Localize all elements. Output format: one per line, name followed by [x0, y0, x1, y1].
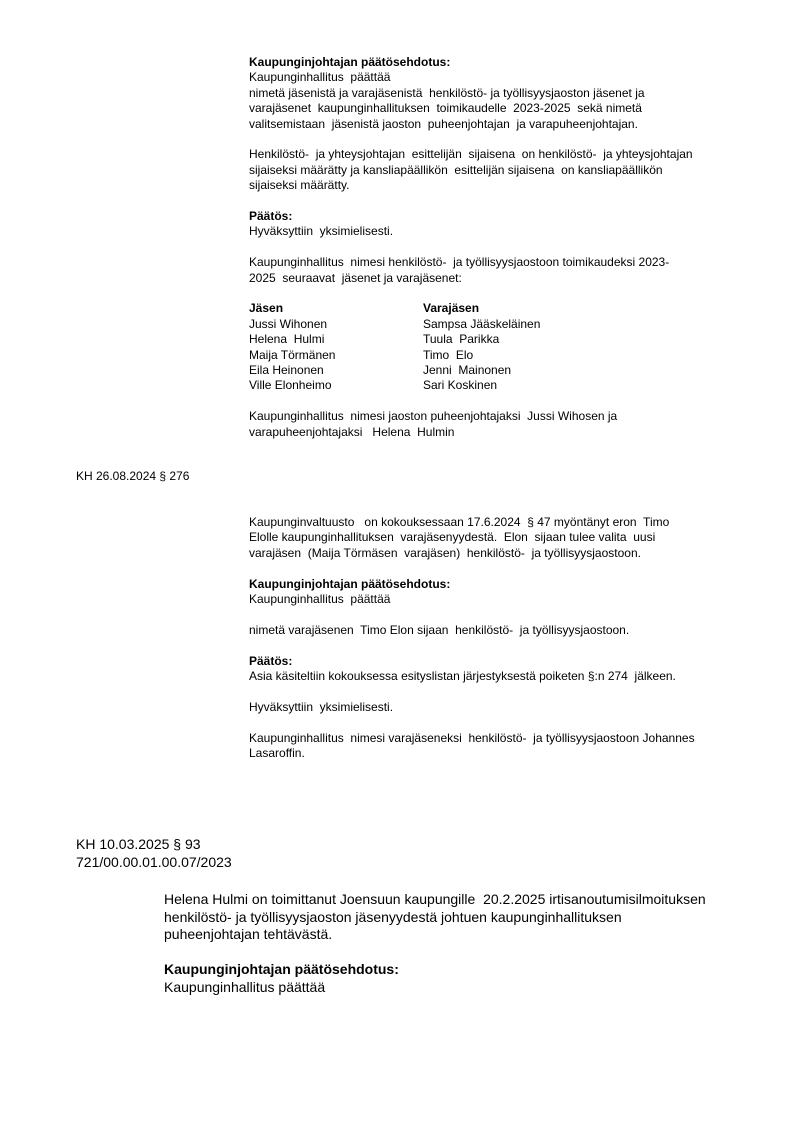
proposal-heading: Kaupunginjohtajan päätösehdotus:: [249, 55, 749, 70]
deputy-name: Jenni Mainonen: [423, 363, 623, 378]
deputy-name: Sari Koskinen: [423, 378, 623, 393]
proposal-line: nimetä jäsenistä ja varajäsenistä henkil…: [249, 86, 749, 101]
decision-heading: Päätös:: [249, 209, 749, 224]
record-id: 721/00.00.01.00.07/2023: [76, 854, 232, 872]
section-3-header: KH 10.03.2025 § 93 721/00.00.01.00.07/20…: [76, 836, 232, 871]
proposal-text: nimetä varajäsenen Timo Elon sijaan henk…: [249, 623, 749, 638]
intro-line: Elolle kaupunginhallituksen varajäsenyyd…: [249, 530, 749, 545]
deputy-name: Sampsa Jääskeläinen: [423, 317, 623, 332]
chair-line: Kaupunginhallitus nimesi jaoston puheenj…: [249, 409, 749, 424]
substitute-line: Henkilöstö- ja yhteysjohtajan esittelijä…: [249, 147, 749, 162]
proposal-lead: Kaupunginhallitus päättää: [249, 592, 749, 607]
deputy-name: Tuula Parikka: [423, 332, 623, 347]
proposal-line: varajäsenet kaupunginhallituksen toimika…: [249, 101, 749, 116]
decision-text: Hyväksyttiin yksimielisesti.: [249, 224, 749, 239]
member-name: Maija Törmänen: [249, 348, 423, 363]
appoint-line: Lasaroffin.: [249, 746, 749, 761]
intro-line: Kaupunginvaltuusto on kokouksessaan 17.6…: [249, 515, 749, 530]
appoint-line: Kaupunginhallitus nimesi varajäseneksi h…: [249, 731, 749, 746]
member-name: Ville Elonheimo: [249, 378, 423, 393]
section-1: Kaupunginjohtajan päätösehdotus: Kaupung…: [249, 55, 749, 440]
appoint-line: Kaupunginhallitus nimesi henkilöstö- ja …: [249, 255, 749, 270]
decision-text: Hyväksyttiin yksimielisesti.: [249, 700, 749, 715]
proposal-lead: Kaupunginhallitus päättää: [249, 70, 749, 85]
chair-line: varapuheenjohtajaksi Helena Hulmin: [249, 425, 749, 440]
section-3-ref: KH 10.03.2025 § 93: [76, 836, 232, 854]
member-name: Jussi Wihonen: [249, 317, 423, 332]
member-name: Helena Hulmi: [249, 332, 423, 347]
appoint-line: 2025 seuraavat jäsenet ja varajäsenet:: [249, 271, 749, 286]
intro-line: varajäsen (Maija Törmäsen varajäsen) hen…: [249, 546, 749, 561]
proposal-lead: Kaupunginhallitus päättää: [164, 979, 764, 997]
proposal-line: valitsemistaan jäsenistä jaoston puheenj…: [249, 117, 749, 132]
substitute-line: sijaiseksi määrätty.: [249, 178, 749, 193]
proposal-heading: Kaupunginjohtajan päätösehdotus:: [164, 961, 764, 979]
members-header-member: Jäsen: [249, 301, 423, 316]
members-header-deputy: Varajäsen: [423, 301, 623, 316]
deputy-name: Timo Elo: [423, 348, 623, 363]
substitute-line: sijaiseksi määrätty ja kansliapäällikön …: [249, 163, 749, 178]
decision-heading: Päätös:: [249, 654, 749, 669]
members-table: Jäsen Varajäsen Jussi Wihonen Sampsa Jää…: [249, 301, 749, 393]
section-2-ref: KH 26.08.2024 § 276: [76, 469, 189, 484]
section-3: Helena Hulmi on toimittanut Joensuun kau…: [164, 891, 764, 997]
intro-line: puheenjohtajan tehtävästä.: [164, 926, 764, 944]
member-name: Eila Heinonen: [249, 363, 423, 378]
section-2: Kaupunginvaltuusto on kokouksessaan 17.6…: [249, 515, 749, 761]
decision-note: Asia käsiteltiin kokouksessa esityslista…: [249, 669, 749, 684]
intro-line: Helena Hulmi on toimittanut Joensuun kau…: [164, 891, 764, 909]
proposal-heading: Kaupunginjohtajan päätösehdotus:: [249, 577, 749, 592]
intro-line: henkilöstö- ja työllisyysjaoston jäsenyy…: [164, 909, 764, 927]
